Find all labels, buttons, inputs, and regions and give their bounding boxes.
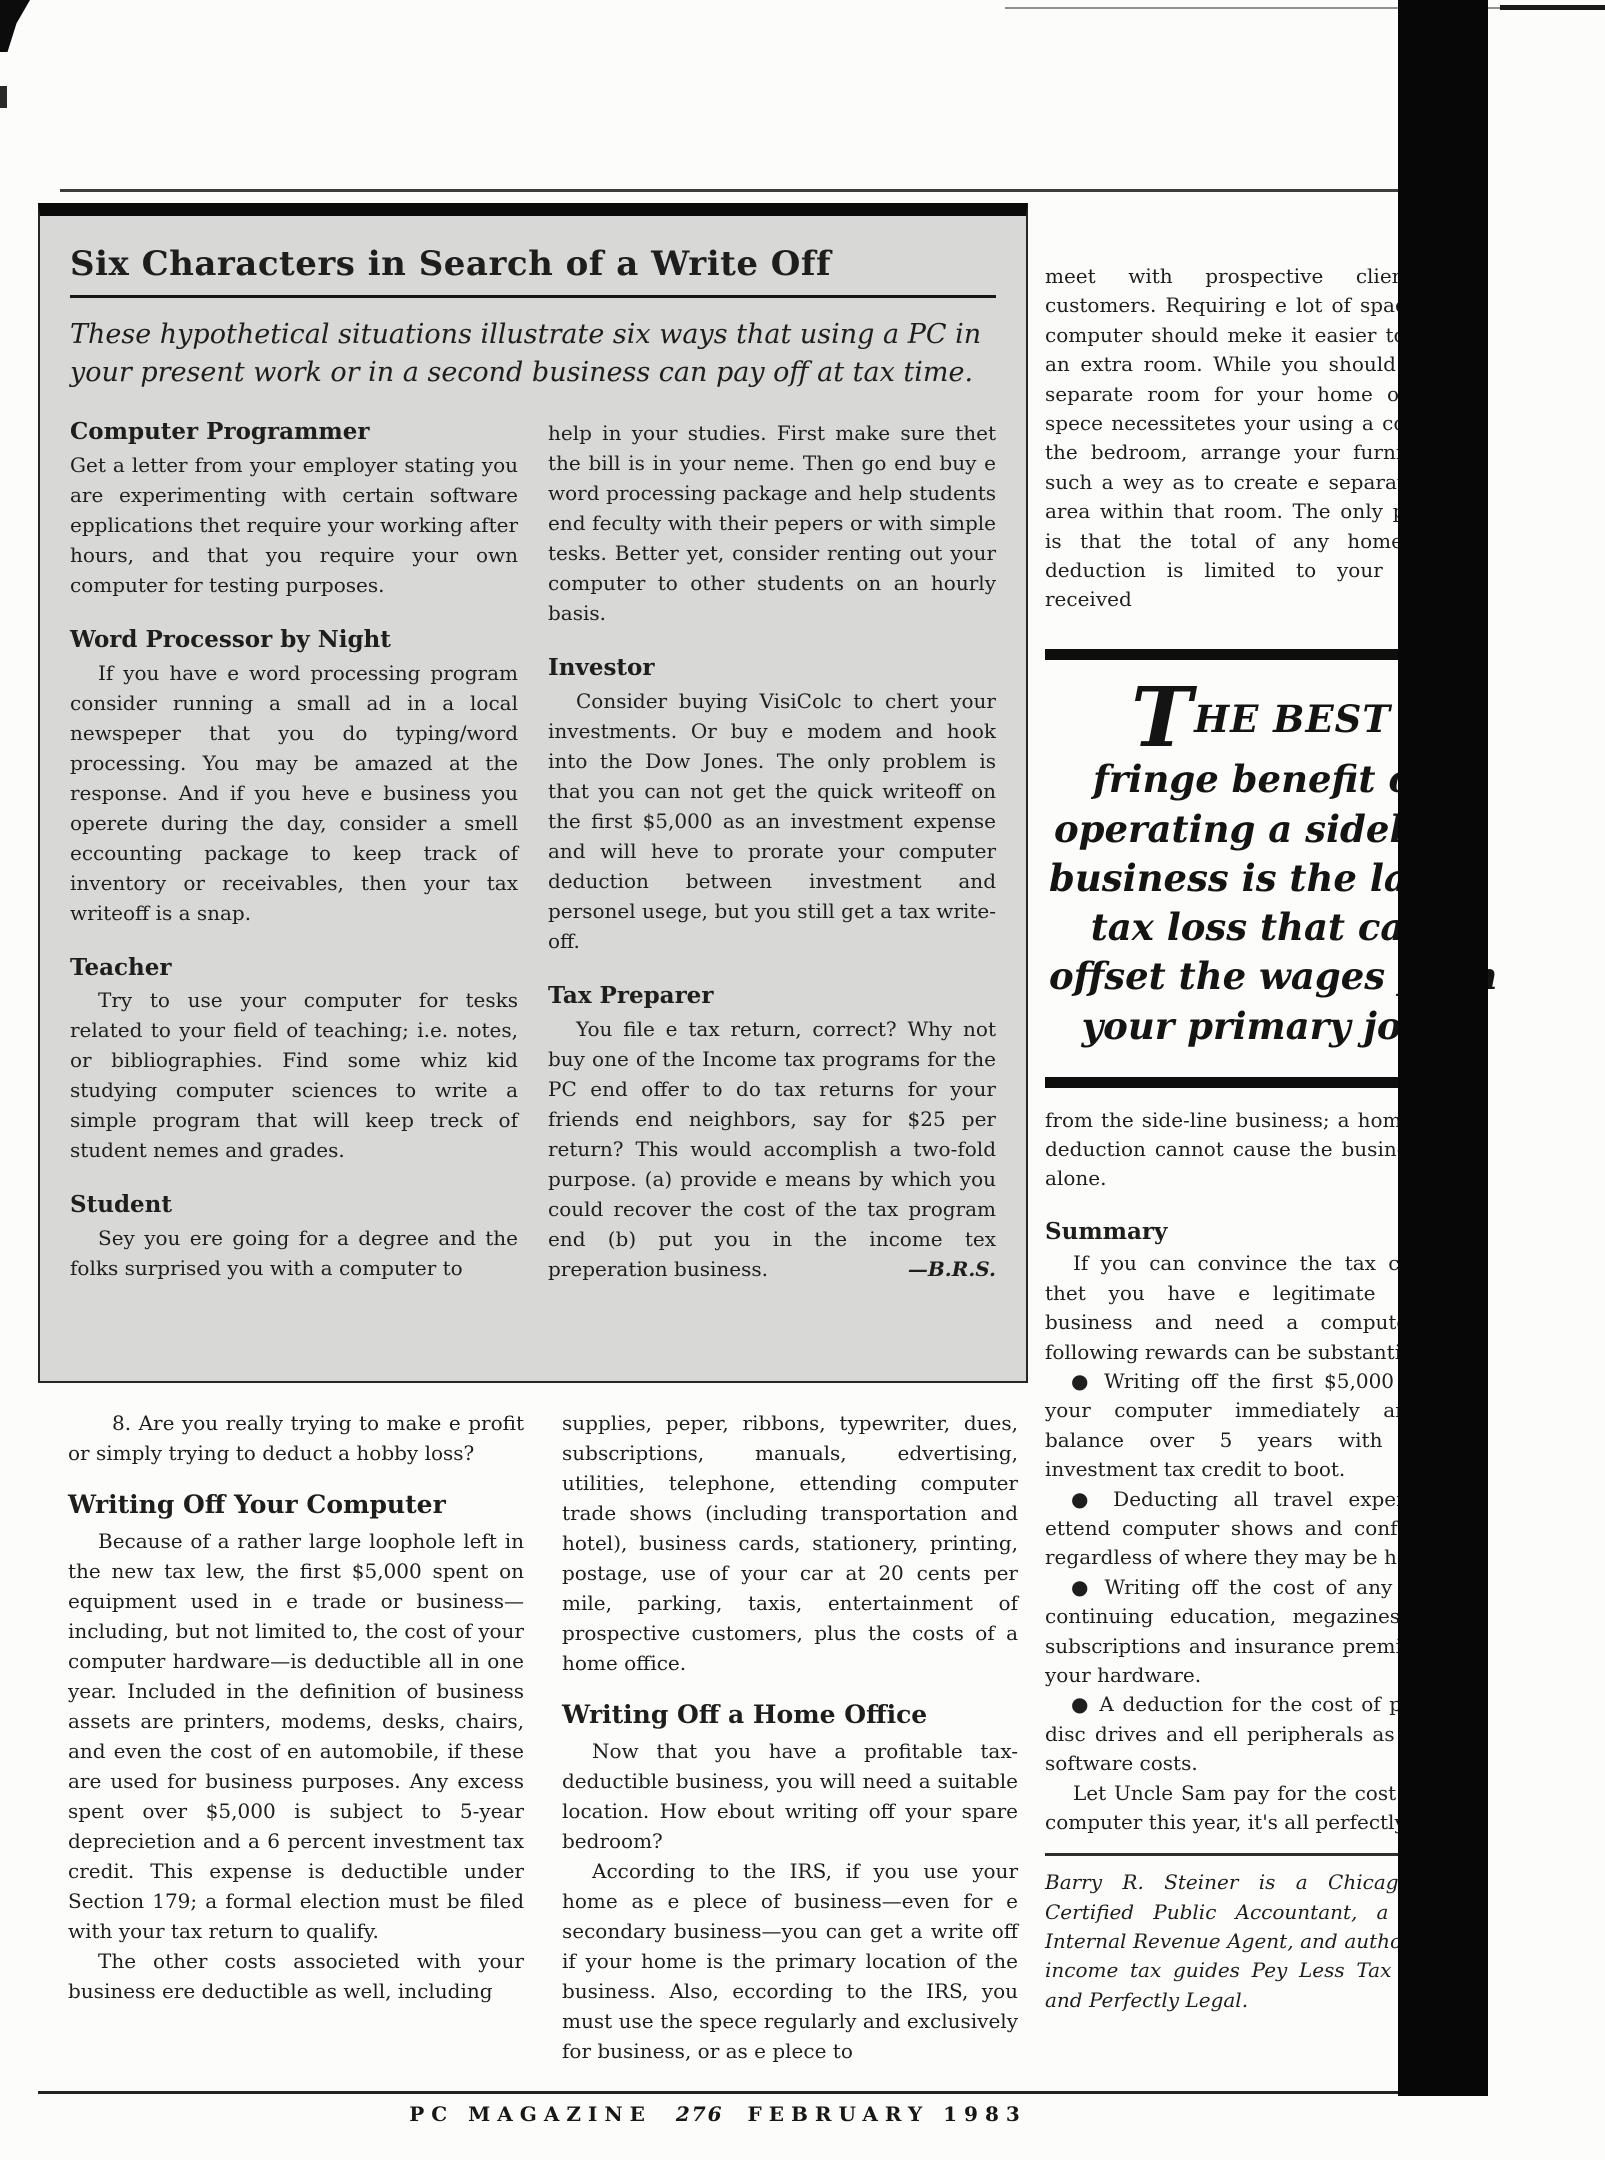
magazine-page: Six Characters in Search of a Write Off … — [0, 0, 1605, 2160]
section-heading-teacher: Teacher — [70, 954, 518, 982]
writing-off-computer-para1: Because of a rather large loophole left … — [68, 1526, 524, 1946]
footer-date: FEBRUARY 1983 — [748, 2102, 1027, 2126]
scan-gutter-bar — [1398, 0, 1488, 2096]
footer-page-number: 276 — [676, 2102, 724, 2126]
scan-edge-artifact — [0, 86, 7, 108]
box-columns: Computer Programmer Get a letter from yo… — [70, 418, 996, 1283]
author-initials: —B.R.S. — [880, 1254, 996, 1284]
box-intro: These hypothetical situations illustrate… — [70, 316, 996, 393]
tax-preparer-text: You file e tax return, correct? Why not … — [548, 1017, 996, 1281]
footer-magazine-name: PC MAGAZINE — [409, 2102, 652, 2126]
writing-off-computer-para2: The other costs associeted with your bus… — [68, 1946, 524, 2006]
bottom-middle-column: supplies, peper, ribbons, typewriter, du… — [562, 1408, 1018, 2066]
bottom-left-column: 8. Are you really trying to make e profi… — [68, 1408, 524, 2006]
student-continuation: help in your studies. First make sure th… — [548, 418, 996, 628]
section-heading-computer-programmer: Computer Programmer — [70, 418, 518, 446]
home-office-para1: Now that you have a profitable tax-deduc… — [562, 1736, 1018, 1856]
footer-rule — [38, 2091, 1398, 2094]
section-body-tax-preparer: You file e tax return, correct? Why not … — [548, 1014, 996, 1284]
scan-top-right-artifact — [1500, 5, 1605, 10]
heading-writing-off-your-computer: Writing Off Your Computer — [68, 1490, 524, 1520]
drop-cap: T — [1131, 670, 1194, 766]
section-heading-investor: Investor — [548, 654, 996, 682]
title-rule — [70, 295, 996, 298]
heading-writing-off-home-office: Writing Off a Home Office — [562, 1700, 1018, 1730]
section-body-word-processor: If you have e word processing program co… — [70, 658, 518, 928]
section-heading-student: Student — [70, 1191, 518, 1219]
section-body-computer-programmer: Get a letter from your employer stating … — [70, 450, 518, 600]
section-body-student: Sey you ere going for a degree and the f… — [70, 1223, 518, 1283]
pull-quote-lead: HE BEST — [1194, 697, 1391, 741]
page-footer: PC MAGAZINE 276 FEBRUARY 1983 — [38, 2102, 1398, 2126]
section-heading-word-processor: Word Processor by Night — [70, 626, 518, 654]
section-body-investor: Consider buying VisiColc to chert your i… — [548, 686, 996, 956]
scan-corner-artifact — [0, 0, 30, 52]
page-top-rule — [60, 189, 1480, 192]
six-characters-box: Six Characters in Search of a Write Off … — [38, 203, 1028, 1383]
section-heading-tax-preparer: Tax Preparer — [548, 982, 996, 1010]
box-right-column: help in your studies. First make sure th… — [548, 418, 996, 1283]
section-body-teacher: Try to use your computer for tesks relat… — [70, 985, 518, 1165]
deductibles-continuation: supplies, peper, ribbons, typewriter, du… — [562, 1408, 1018, 1678]
box-title: Six Characters in Search of a Write Off — [70, 244, 996, 285]
home-office-para2: According to the IRS, if you use your ho… — [562, 1856, 1018, 2066]
question-8: 8. Are you really trying to make e profi… — [68, 1408, 524, 1468]
box-left-column: Computer Programmer Get a letter from yo… — [70, 418, 518, 1283]
